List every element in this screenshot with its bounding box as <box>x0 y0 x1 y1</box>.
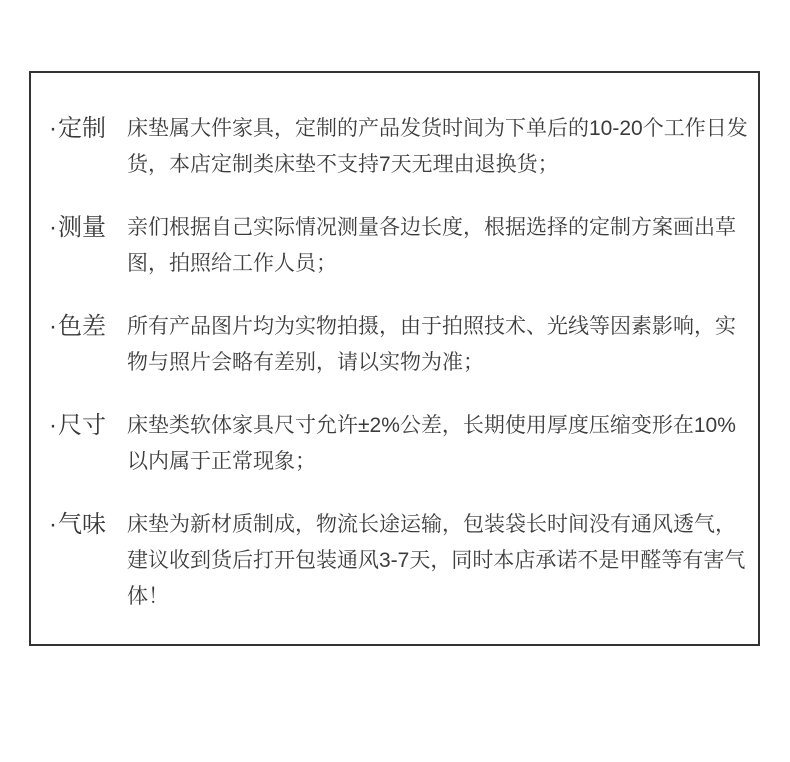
section-text-color-difference: 所有产品图片均为实物拍摄，由于拍照技术、光线等因素影响，实物与照片会略有差别，请… <box>127 309 748 381</box>
section-text-size: 床垫类软体家具尺寸允许±2%公差，长期使用厚度压缩变形在10%以内属于正常现象； <box>127 408 748 480</box>
section-size: ·尺寸 床垫类软体家具尺寸允许±2%公差，长期使用厚度压缩变形在10%以内属于正… <box>49 408 748 480</box>
section-label-text: 气味 <box>58 511 106 538</box>
section-label-color-difference: ·色差 <box>49 309 127 345</box>
section-label-text: 色差 <box>58 313 106 340</box>
section-text-custom: 床垫属大件家具，定制的产品发货时间为下单后的10-20个工作日发货，本店定制类床… <box>127 111 748 183</box>
section-color-difference: ·色差 所有产品图片均为实物拍摄，由于拍照技术、光线等因素影响，实物与照片会略有… <box>49 309 748 381</box>
section-text-measure: 亲们根据自己实际情况测量各边长度，根据选择的定制方案画出草图，拍照给工作人员； <box>127 210 748 282</box>
section-text-odor: 床垫为新材质制成，物流长途运输，包装袋长时间没有通风透气，建议收到货后打开包装通… <box>127 507 748 615</box>
section-label-text: 尺寸 <box>58 412 106 439</box>
bullet-dot: · <box>49 309 57 345</box>
bullet-dot: · <box>49 408 57 444</box>
section-label-text: 定制 <box>58 115 106 142</box>
section-label-size: ·尺寸 <box>49 408 127 444</box>
section-label-text: 测量 <box>58 214 106 241</box>
bullet-dot: · <box>49 111 57 147</box>
section-measure: ·测量 亲们根据自己实际情况测量各边长度，根据选择的定制方案画出草图，拍照给工作… <box>49 210 748 282</box>
bullet-dot: · <box>49 210 57 246</box>
notice-border-box: ·定制 床垫属大件家具，定制的产品发货时间为下单后的10-20个工作日发货，本店… <box>29 71 760 646</box>
product-notice-page: { "bullet": "·", "colors": { "background… <box>0 0 790 762</box>
section-label-measure: ·测量 <box>49 210 127 246</box>
bullet-dot: · <box>49 507 57 543</box>
section-odor: ·气味 床垫为新材质制成，物流长途运输，包装袋长时间没有通风透气，建议收到货后打… <box>49 507 748 615</box>
section-label-odor: ·气味 <box>49 507 127 543</box>
section-label-custom: ·定制 <box>49 111 127 147</box>
section-custom: ·定制 床垫属大件家具，定制的产品发货时间为下单后的10-20个工作日发货，本店… <box>49 111 748 183</box>
